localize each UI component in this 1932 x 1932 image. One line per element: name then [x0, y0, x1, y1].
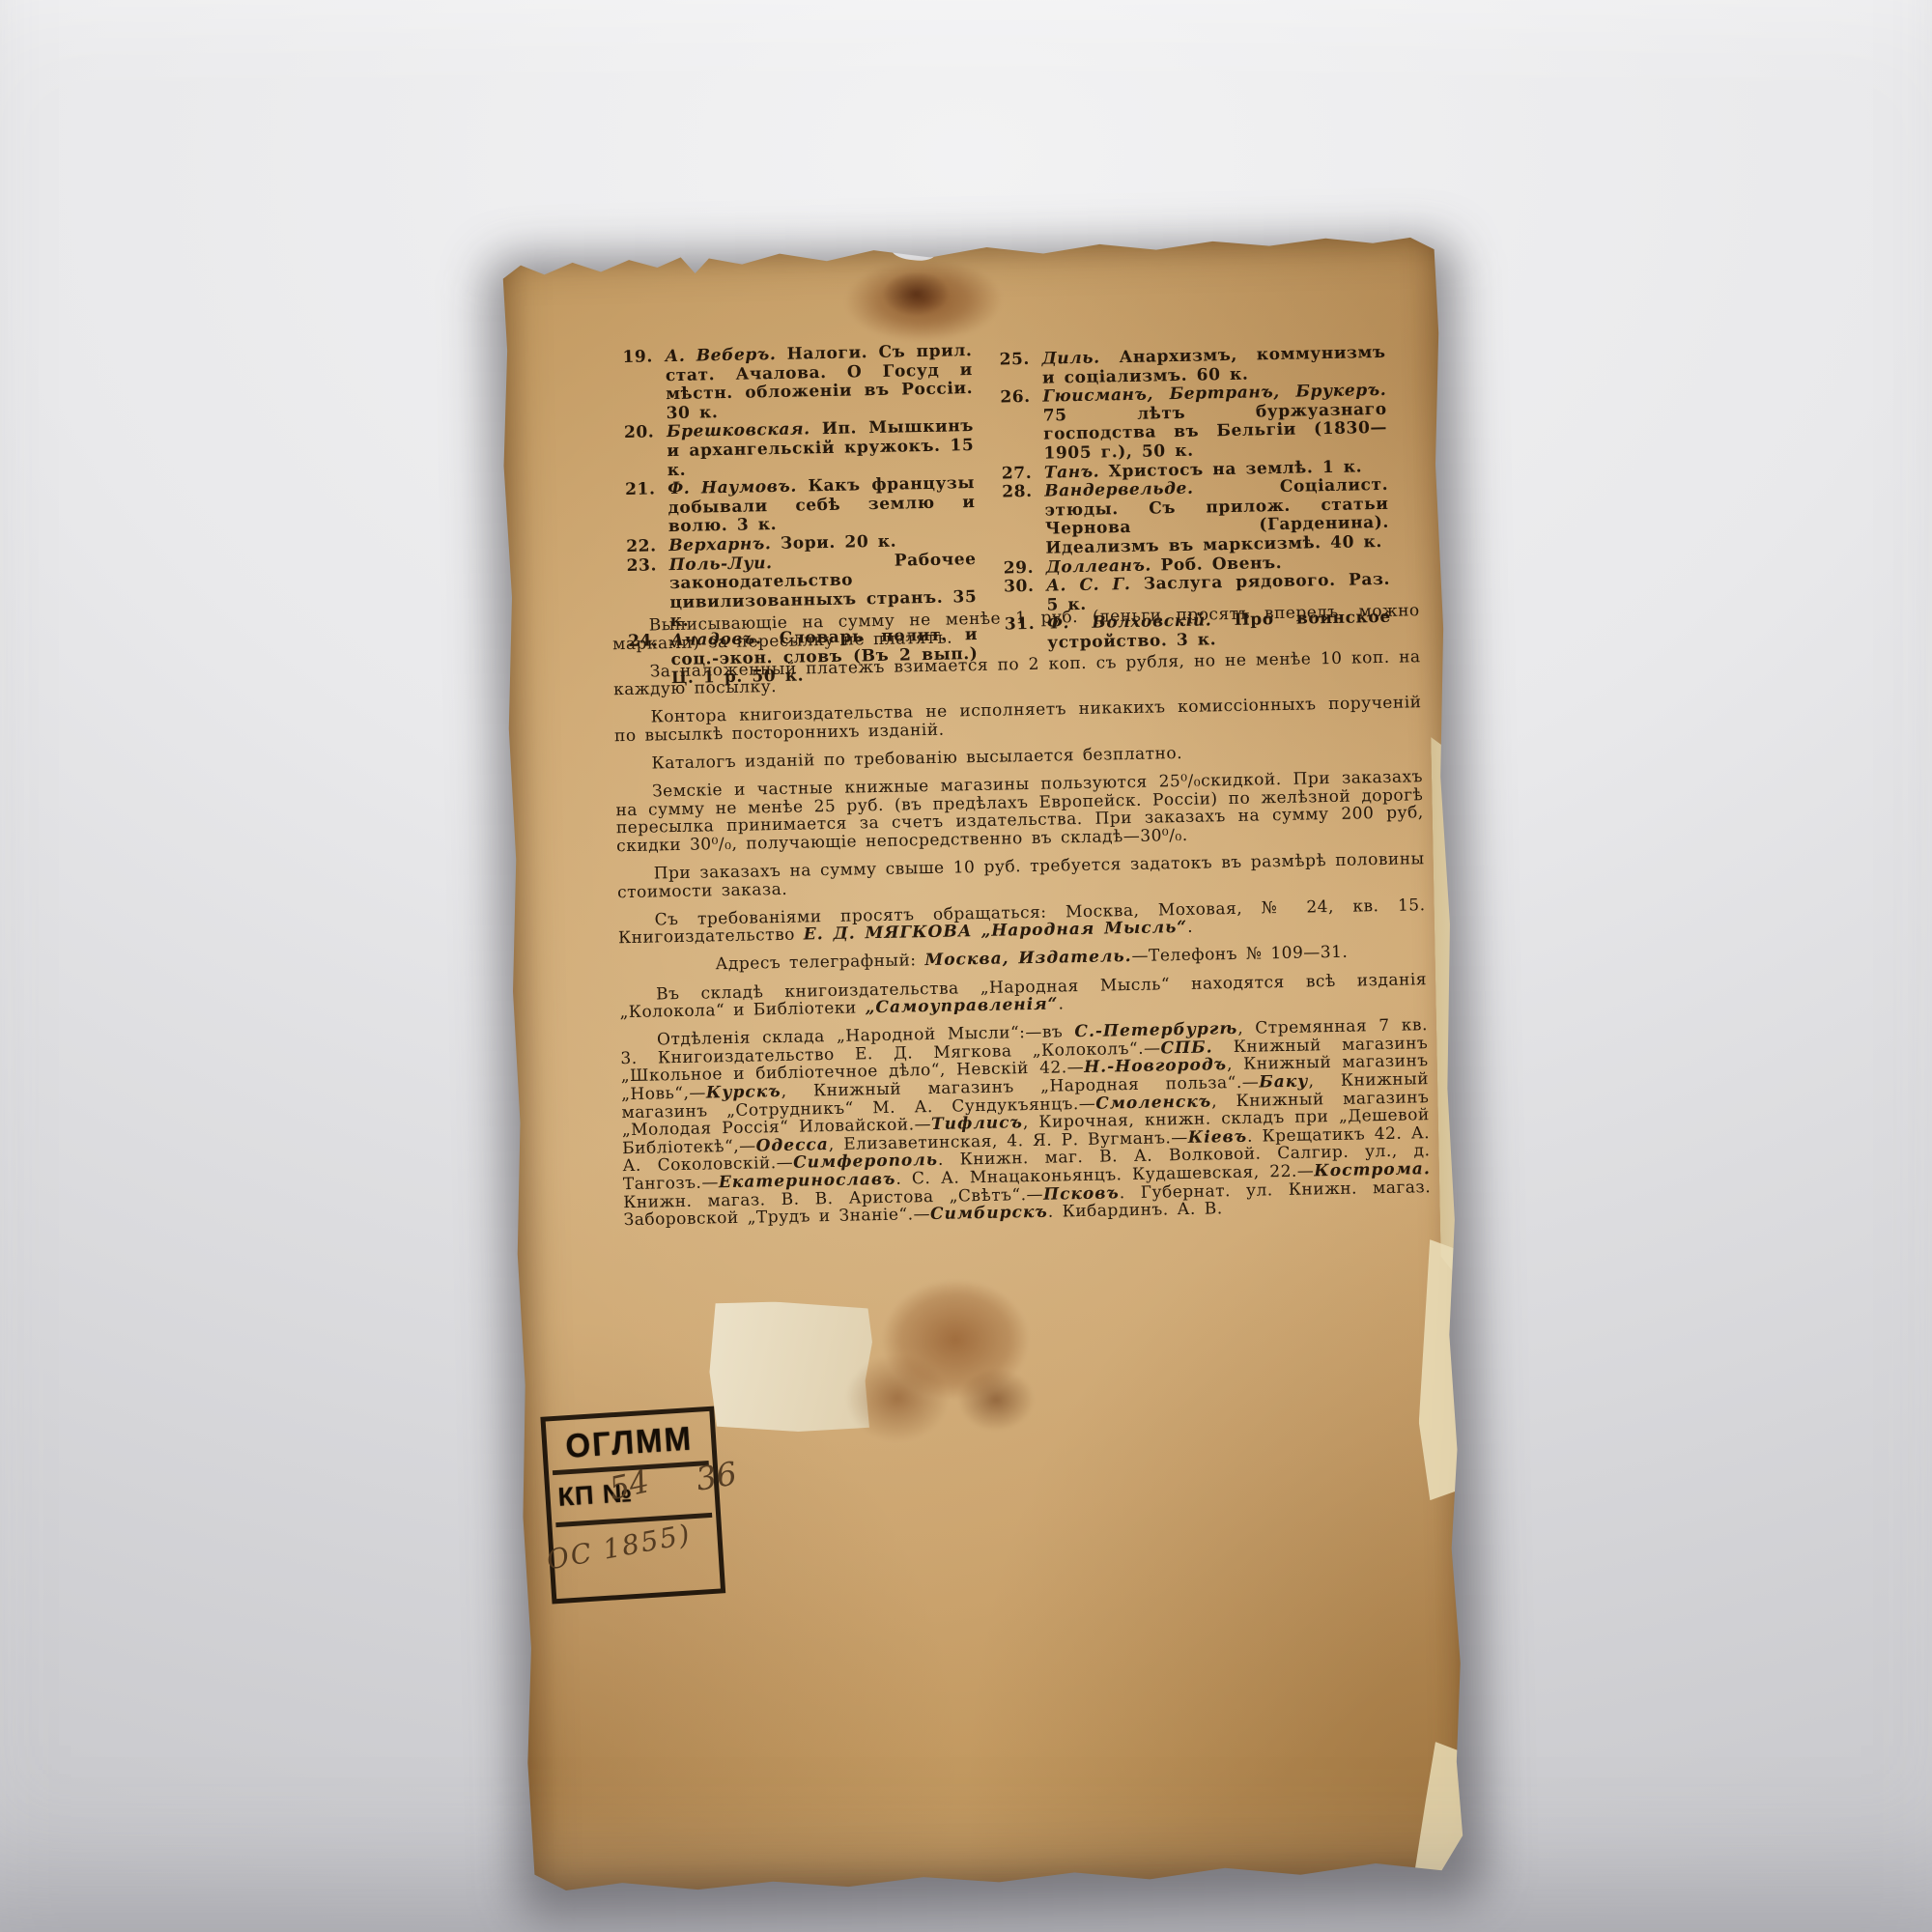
item-author: А. Веберъ. — [665, 345, 787, 366]
emphasis-text: Н.-Новгородъ — [1084, 1056, 1227, 1078]
library-stamp: ОГЛММ КП № 54 36 ОС 1855) — [540, 1406, 725, 1605]
item-author: А. С. Г. — [1046, 575, 1144, 596]
catalog-column-left: 19.А. Веберъ. Налоги. Съ прил. стат. Ача… — [622, 342, 979, 690]
emphasis-text: Симбирскъ — [930, 1203, 1048, 1224]
stain-middle — [802, 1270, 1052, 1454]
item-number: 19. — [622, 348, 653, 367]
photo-backdrop: 19.А. Веберъ. Налоги. Съ прил. стат. Ача… — [0, 0, 1932, 1932]
body-text: . Губернат. ул. Книжн. магаз. Заборовско… — [623, 1178, 1431, 1231]
body-text: . Кибардинъ. А. В. — [1048, 1199, 1223, 1221]
item-author: Поль-Луи. — [668, 551, 895, 574]
item-text: Христосъ на землѣ. 1 к. — [1109, 457, 1363, 481]
body-text: Земскіе и частные книжные магазины польз… — [615, 767, 1424, 856]
item-author: Доллеанъ. — [1046, 555, 1161, 577]
edge-chip-bottom-right — [1411, 1741, 1474, 1887]
item-text: Словарь полит. и соц.-экон. словъ (Въ 2 … — [670, 625, 978, 688]
emphasis-text: „Народная Мысль“ — [980, 918, 1187, 941]
stain-top — [838, 256, 1018, 355]
catalog-column-right: 25.Диль. Анархизмъ, коммунизмъ и соціали… — [999, 344, 1391, 654]
body-text: Каталогъ изданій по требованію высылаетс… — [651, 744, 1182, 774]
terms-paragraph: Отдѣленія склада „Народной Мысли“:—въ С.… — [620, 1016, 1432, 1230]
item-text: Зори. 20 к. — [781, 532, 897, 554]
body-text: Въ складѣ книгоиздательства „Народная Мы… — [619, 970, 1427, 1023]
body-text: , Стремянная 7 кв. 3. Книгоиздательство … — [620, 1015, 1428, 1068]
item-author: Диль. — [1041, 348, 1119, 369]
catalog-item: 21.Ф. Наумовъ. Какъ французы добывали се… — [625, 474, 976, 538]
body-text: Книжный магазинъ „Школьное и библіотечно… — [621, 1034, 1429, 1087]
terms-paragraph: Адресъ телеграфный: Москва, Издатель.—Те… — [618, 943, 1426, 977]
item-author: Танъ. — [1044, 462, 1109, 482]
item-text: Роб. Овенъ. — [1160, 553, 1282, 574]
item-number: 20. — [624, 424, 655, 443]
catalog-item: 24.Ачадовъ. Словарь полит. и соц.-экон. … — [628, 626, 979, 690]
catalog-item: 25.Диль. Анархизмъ, коммунизмъ и соціали… — [999, 344, 1386, 389]
body-text: , Елизаветинская, 4. Я. Р. Вугманъ.— — [829, 1128, 1188, 1154]
body-text: , Книжный магазинъ „Народная польза“.— — [781, 1072, 1259, 1100]
item-text: Ип. Мышкинъ и архангельскій кружокъ. 15 … — [667, 416, 974, 479]
emphasis-text: Екатеринославъ — [719, 1170, 896, 1193]
body-text: . С. А. Мнацаконьянцъ. Кудашевская, 22.— — [895, 1161, 1314, 1188]
stamp-handwritten-54: 54 — [606, 1463, 652, 1507]
emphasis-text: Москва, Издатель. — [924, 947, 1132, 970]
emphasis-text: Смоленскъ — [1095, 1092, 1211, 1113]
edge-chip-right — [1415, 1238, 1468, 1500]
emphasis-text: „Самоуправленія“ — [865, 995, 1058, 1018]
item-number: 23. — [626, 556, 657, 576]
catalog-item: 26.Гюисманъ, Бертранъ, Брукеръ. 75 лѣтъ … — [1000, 382, 1387, 465]
terms-paragraph: При заказахъ на сумму свыше 10 руб. треб… — [617, 850, 1426, 901]
catalog-item: 28.Вандервельде. Соціалист. этюды. Съ пр… — [1002, 476, 1389, 559]
terms-paragraph: Выписывающіе на сумму не менѣе 1 руб. (д… — [612, 602, 1421, 653]
tape-residue — [709, 1301, 873, 1434]
book-shadow — [487, 240, 1486, 1919]
emphasis-text: Курскъ — [706, 1082, 781, 1102]
item-number: 31. — [1005, 615, 1036, 635]
body-text: , Кирочная, книжн. складъ при „Дешевой Б… — [622, 1105, 1430, 1158]
body-text — [972, 922, 980, 941]
catalog-item: 22.Верхарнъ. Зори. 20 к. — [626, 531, 976, 557]
top-edge-tear — [890, 239, 936, 263]
body-text: Отдѣленія склада „Народной Мысли“:—въ — [657, 1022, 1075, 1049]
body-text: При заказахъ на сумму свыше 10 руб. треб… — [617, 849, 1425, 902]
emphasis-text: Е. Д. МЯГКОВА — [804, 922, 973, 944]
body-text: Съ требованіями просятъ обращаться: Моск… — [618, 895, 1426, 949]
item-author: Гюисманъ, Бертранъ, Брукеръ. — [1042, 381, 1386, 407]
body-text: Книжн. магаз. В. В. Аристова „Свѣтъ“.— — [623, 1184, 1043, 1211]
emphasis-text: Кострома. — [1314, 1159, 1431, 1180]
item-author: Ачадовъ. — [670, 629, 780, 650]
stain-top-core — [882, 271, 951, 317]
item-author: Брешковская. — [667, 419, 822, 441]
terms-section: Выписывающіе на сумму не менѣе 1 руб. (д… — [612, 602, 1432, 1239]
item-number: 25. — [999, 351, 1030, 370]
stamp-org-text: ОГЛММ — [546, 1418, 712, 1466]
catalog-item: 19.А. Веберъ. Налоги. Съ прил. стат. Ача… — [622, 342, 973, 424]
body-text: . Книжн. маг. В. А. Волковой. Салгир. ул… — [623, 1141, 1431, 1194]
book-wrapper: 19.А. Веберъ. Налоги. Съ прил. стат. Ача… — [497, 235, 1469, 1894]
item-number: 29. — [1004, 558, 1035, 578]
item-number: 21. — [625, 481, 656, 500]
body-text: , Книжный магазинъ „Сотрудникъ“ М. А. Су… — [621, 1069, 1429, 1122]
catalog-item: 20.Брешковская. Ип. Мышкинъ и архангельс… — [624, 417, 975, 481]
item-author: Ф. Наумовъ. — [668, 477, 809, 499]
body-text: . Крещатикъ 42. А. А. Соколовскій.— — [622, 1123, 1430, 1177]
item-text: Анархизмъ, коммунизмъ и соціализмъ. 60 к… — [1042, 343, 1386, 387]
printed-content: 19.А. Веберъ. Налоги. Съ прил. стат. Ача… — [497, 235, 1469, 1894]
item-author: Ф. Волховскій. — [1047, 611, 1235, 634]
body-text: . — [1187, 918, 1193, 937]
terms-paragraph: За наложенный платежъ взимается по 2 коп… — [613, 648, 1422, 699]
item-author: Верхарнъ. — [668, 534, 781, 555]
body-text: , Книжный магазинъ „Новь“,— — [621, 1052, 1429, 1105]
catalog-item: 23.Поль-Луи. Рабочее законодательство ци… — [626, 551, 977, 633]
item-text: Налоги. Съ прил. стат. Ачалова. О Госуд … — [666, 341, 974, 423]
item-number: 22. — [626, 537, 657, 556]
item-number: 27. — [1002, 464, 1033, 483]
item-number: 30. — [1004, 578, 1035, 597]
emphasis-text: СПБ. — [1160, 1037, 1212, 1058]
terms-paragraph: Контора книгоиздательства не исполняетъ … — [613, 695, 1422, 746]
item-number: 24. — [628, 632, 659, 651]
item-number: 26. — [1000, 388, 1031, 408]
item-text: Про воинское устройство. 3 к. — [1047, 608, 1391, 652]
terms-paragraph: Съ требованіями просятъ обращаться: Моск… — [618, 896, 1427, 948]
item-text: 75 лѣтъ буржуазнаго господства въ Бельгі… — [1043, 400, 1388, 464]
emphasis-text: Тифлисъ — [931, 1113, 1023, 1134]
stamp-divider — [553, 1461, 709, 1475]
body-text: Адресъ телеграфный: — [715, 952, 924, 975]
item-text: Соціалист. этюды. Съ прилож. статьи Черн… — [1044, 475, 1389, 558]
catalog-item: 29.Доллеанъ. Роб. Овенъ. — [1004, 552, 1390, 578]
stamp-inventory-label: КП № — [557, 1473, 716, 1513]
emphasis-text: Одесса — [755, 1135, 829, 1155]
item-text: Заслуга рядового. Раз. 5 к. — [1046, 570, 1390, 614]
edge-wear-right — [1431, 737, 1463, 1278]
catalog-item: 31.Ф. Волховскій. Про воинское устройств… — [1005, 609, 1392, 654]
terms-paragraph: Земскіе и частные книжные магазины польз… — [615, 768, 1424, 855]
catalog-item: 27.Танъ. Христосъ на землѣ. 1 к. — [1002, 457, 1388, 483]
body-text: За наложенный платежъ взимается по 2 коп… — [613, 647, 1421, 700]
body-text: , Книжный магазинъ „Молодая Россія“ Илов… — [622, 1088, 1430, 1141]
body-text: —Телефонъ № 109—31. — [1131, 943, 1348, 966]
stamp-handwritten-36: 36 — [694, 1454, 740, 1497]
catalog-item: 30.А. С. Г. Заслуга рядового. Раз. 5 к. — [1004, 571, 1391, 616]
emphasis-text: Псковъ — [1043, 1183, 1120, 1205]
item-text: Рабочее законодательство цивилизованныхъ… — [669, 550, 978, 632]
body-text: Выписывающіе на сумму не менѣе 1 руб. (д… — [612, 601, 1420, 654]
emphasis-text: Симферополь — [793, 1151, 938, 1173]
item-author: Вандервельде. — [1044, 477, 1280, 501]
body-text: . — [1058, 994, 1064, 1013]
terms-paragraph: Въ складѣ книгоиздательства „Народная Мы… — [619, 971, 1428, 1022]
body-text: Контора книгоиздательства не исполняетъ … — [614, 694, 1422, 747]
item-text: Какъ французы добывали себѣ землю и волю… — [668, 473, 975, 536]
book-back-cover: 19.А. Веберъ. Налоги. Съ прил. стат. Ача… — [497, 235, 1469, 1894]
stamp-handwritten-code: ОС 1855) — [544, 1518, 694, 1576]
emphasis-text: Кіевъ — [1188, 1127, 1248, 1148]
terms-paragraph: Каталогъ изданій по требованію высылаетс… — [614, 740, 1422, 774]
emphasis-text: Баку — [1259, 1071, 1309, 1092]
emphasis-text: С.-Петербургѣ — [1074, 1019, 1237, 1041]
item-number: 28. — [1002, 483, 1033, 502]
stamp-divider — [555, 1513, 712, 1527]
